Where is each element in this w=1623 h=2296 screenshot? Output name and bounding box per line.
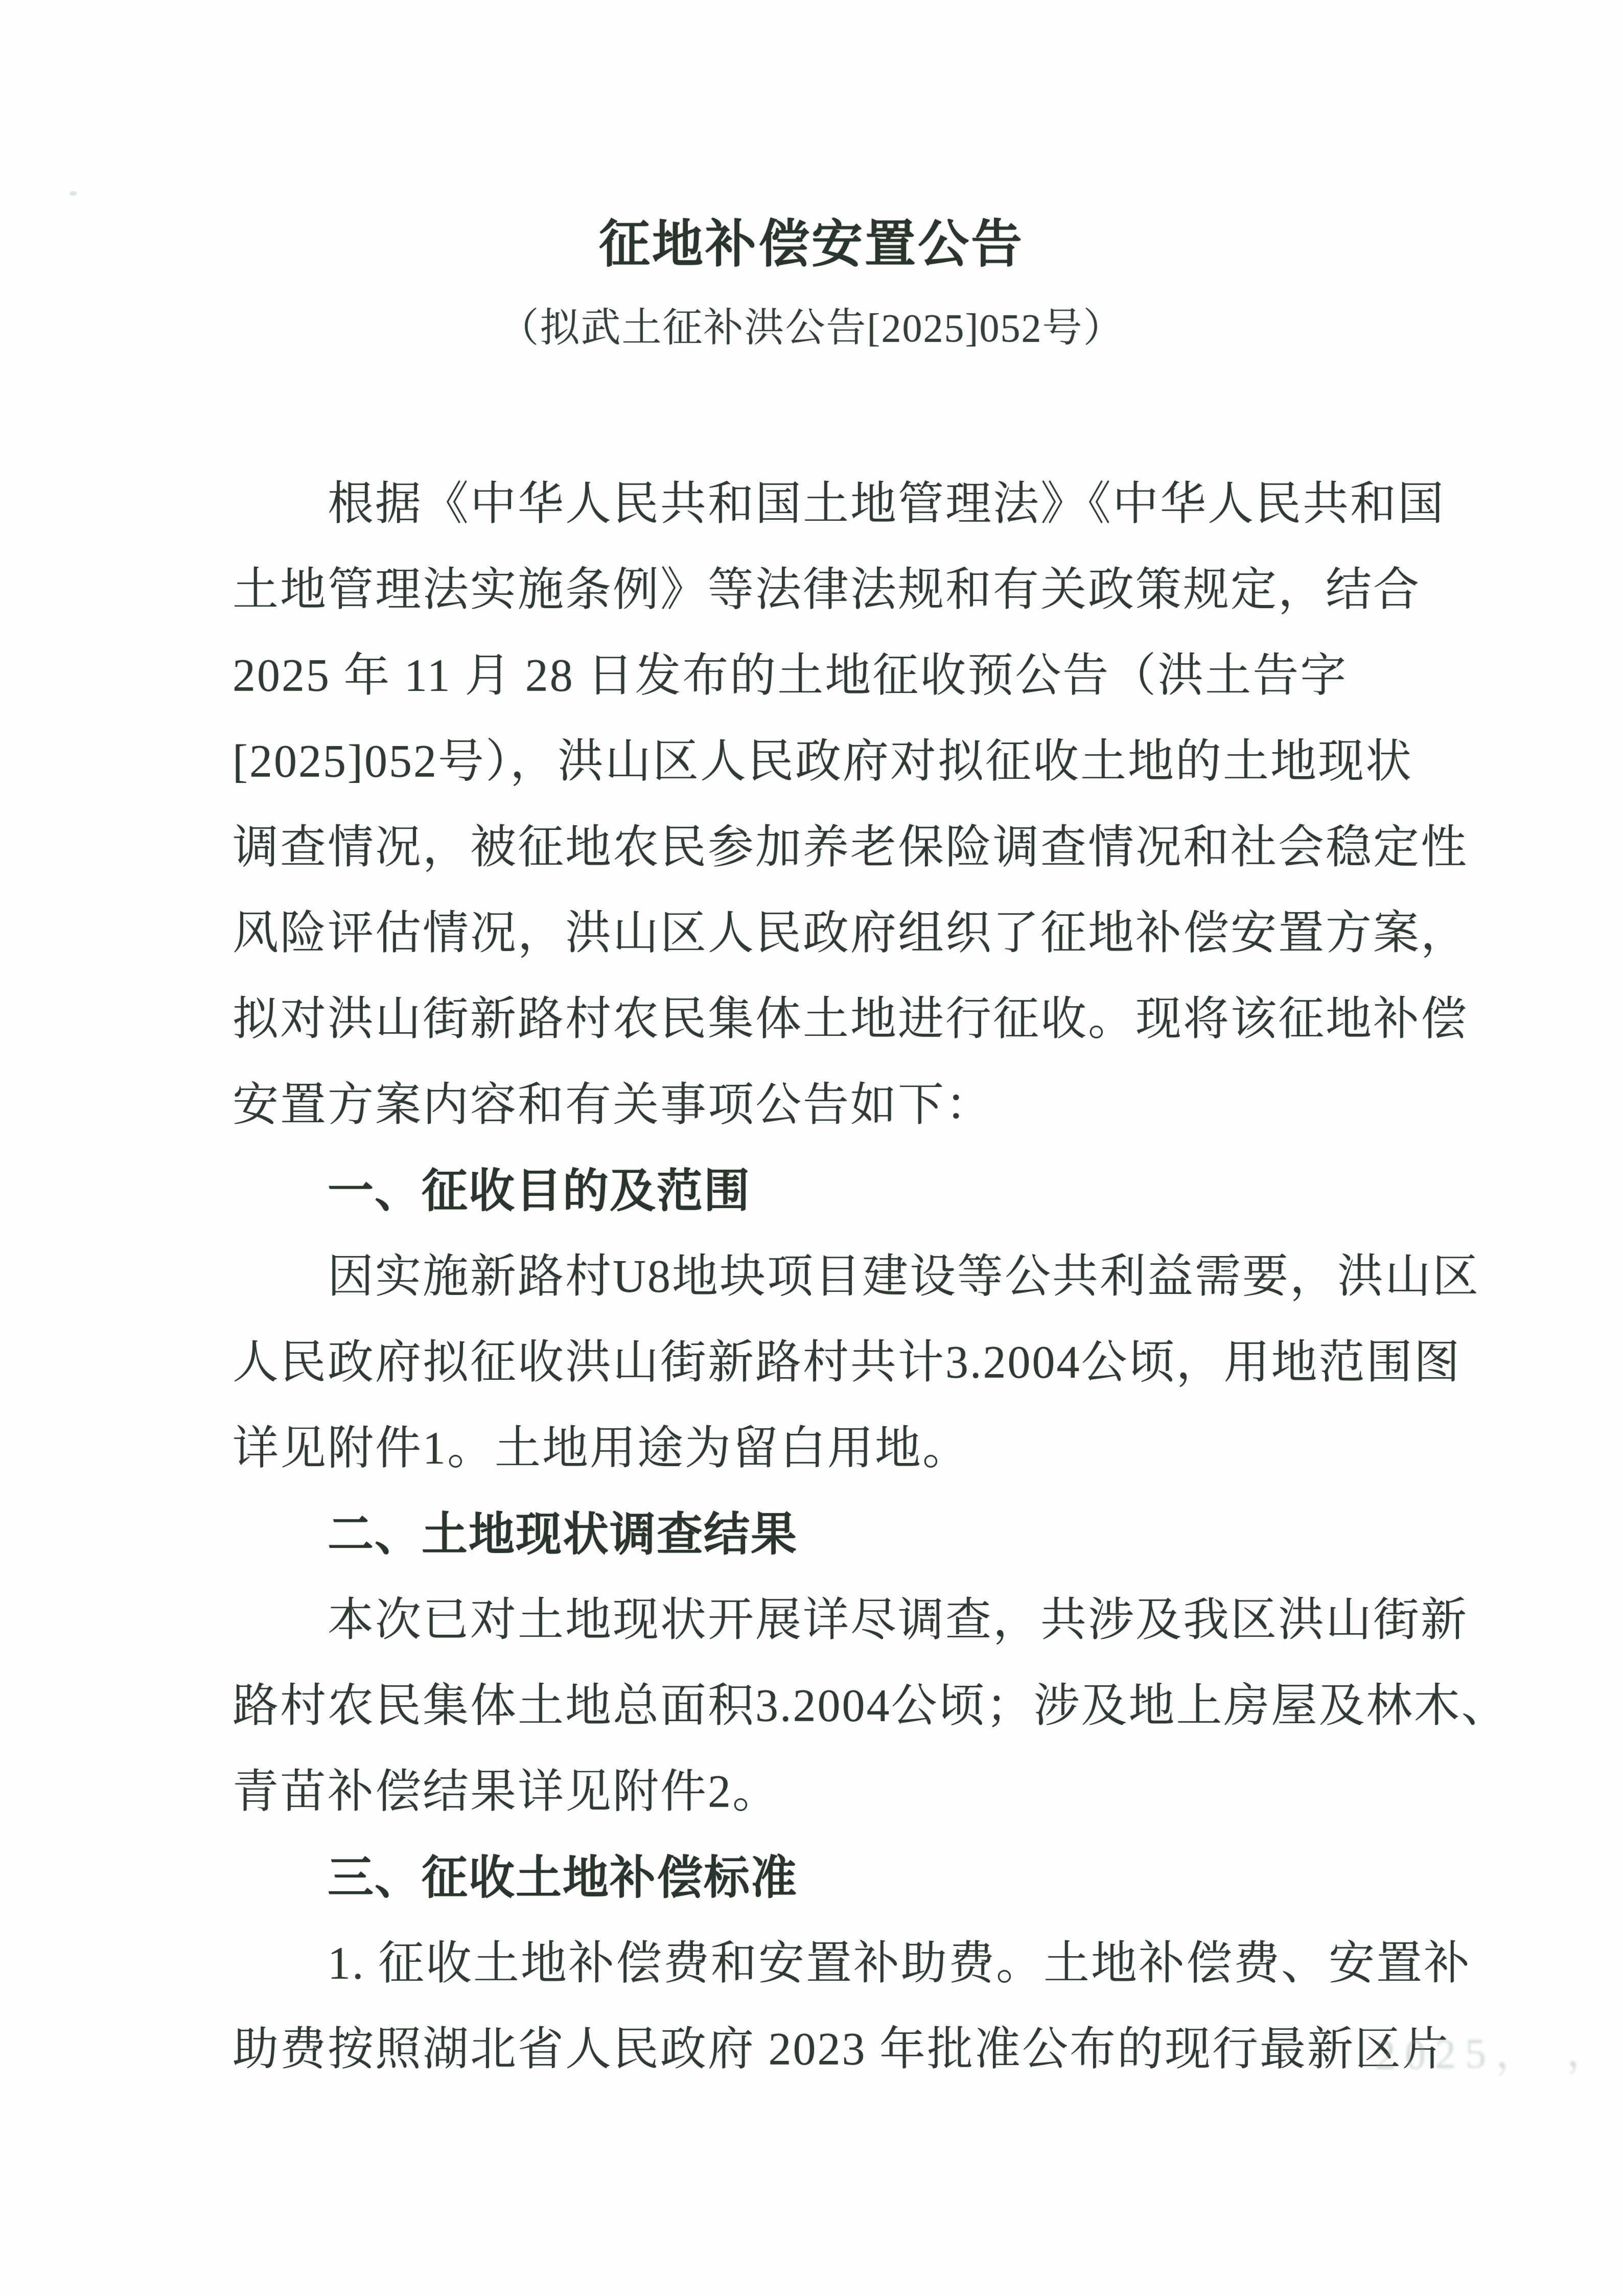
document-number: （拟武土征补洪公告[2025]052号）	[0, 303, 1623, 354]
scan-speck	[1253, 2037, 1258, 2040]
body-line: 根据《中华人民共和国土地管理法》《中华人民共和国	[233, 461, 1428, 547]
section-heading: 三、征收土地补偿标准	[233, 1835, 1428, 1921]
body-line: 人民政府拟征收洪山街新路村共计3.2004公顷，用地范围图	[233, 1320, 1428, 1406]
scanned-document-page: 征地补偿安置公告 （拟武土征补洪公告[2025]052号） 根据《中华人民共和国…	[0, 0, 1623, 2296]
body-line: 土地管理法实施条例》等法律法规和有关政策规定，结合	[233, 547, 1428, 633]
body-line: 调查情况，被征地农民参加养老保险调查情况和社会稳定性	[233, 805, 1428, 891]
document-body: 根据《中华人民共和国土地管理法》《中华人民共和国土地管理法实施条例》等法律法规和…	[233, 461, 1428, 2093]
body-line: 路村农民集体土地总面积3.2004公顷；涉及地上房屋及林木、	[233, 1663, 1428, 1749]
section-heading: 二、土地现状调查结果	[233, 1492, 1428, 1578]
body-line: 本次已对土地现状开展详尽调查，共涉及我区洪山街新	[233, 1578, 1428, 1663]
body-line: 详见附件1。土地用途为留白用地。	[233, 1406, 1428, 1492]
body-line: 2025 年 11 月 28 日发布的土地征收预公告（洪土告字	[233, 633, 1428, 719]
section-heading: 一、征收目的及范围	[233, 1148, 1428, 1234]
body-line: 助费按照湖北省人民政府 2023 年批准公布的现行最新区片	[233, 2007, 1428, 2093]
body-line: [2025]052号），洪山区人民政府对拟征收土地的土地现状	[233, 719, 1428, 805]
body-line: 风险评估情况，洪山区人民政府组织了征地补偿安置方案，	[233, 891, 1428, 977]
body-line: 因实施新路村U8地块项目建设等公共利益需要，洪山区	[233, 1234, 1428, 1320]
body-line: 青苗补偿结果详见附件2。	[233, 1749, 1428, 1835]
scan-bleedthrough-artifact: 2025， ，	[1374, 2017, 1617, 2081]
document-title: 征地补偿安置公告	[0, 214, 1623, 275]
scan-speck	[69, 191, 77, 196]
body-line: 拟对洪山街新路村农民集体土地进行征收。现将该征地补偿	[233, 977, 1428, 1062]
body-line: 1. 征收土地补偿费和安置补助费。土地补偿费、安置补	[233, 1921, 1428, 2007]
body-line: 安置方案内容和有关事项公告如下：	[233, 1062, 1428, 1148]
